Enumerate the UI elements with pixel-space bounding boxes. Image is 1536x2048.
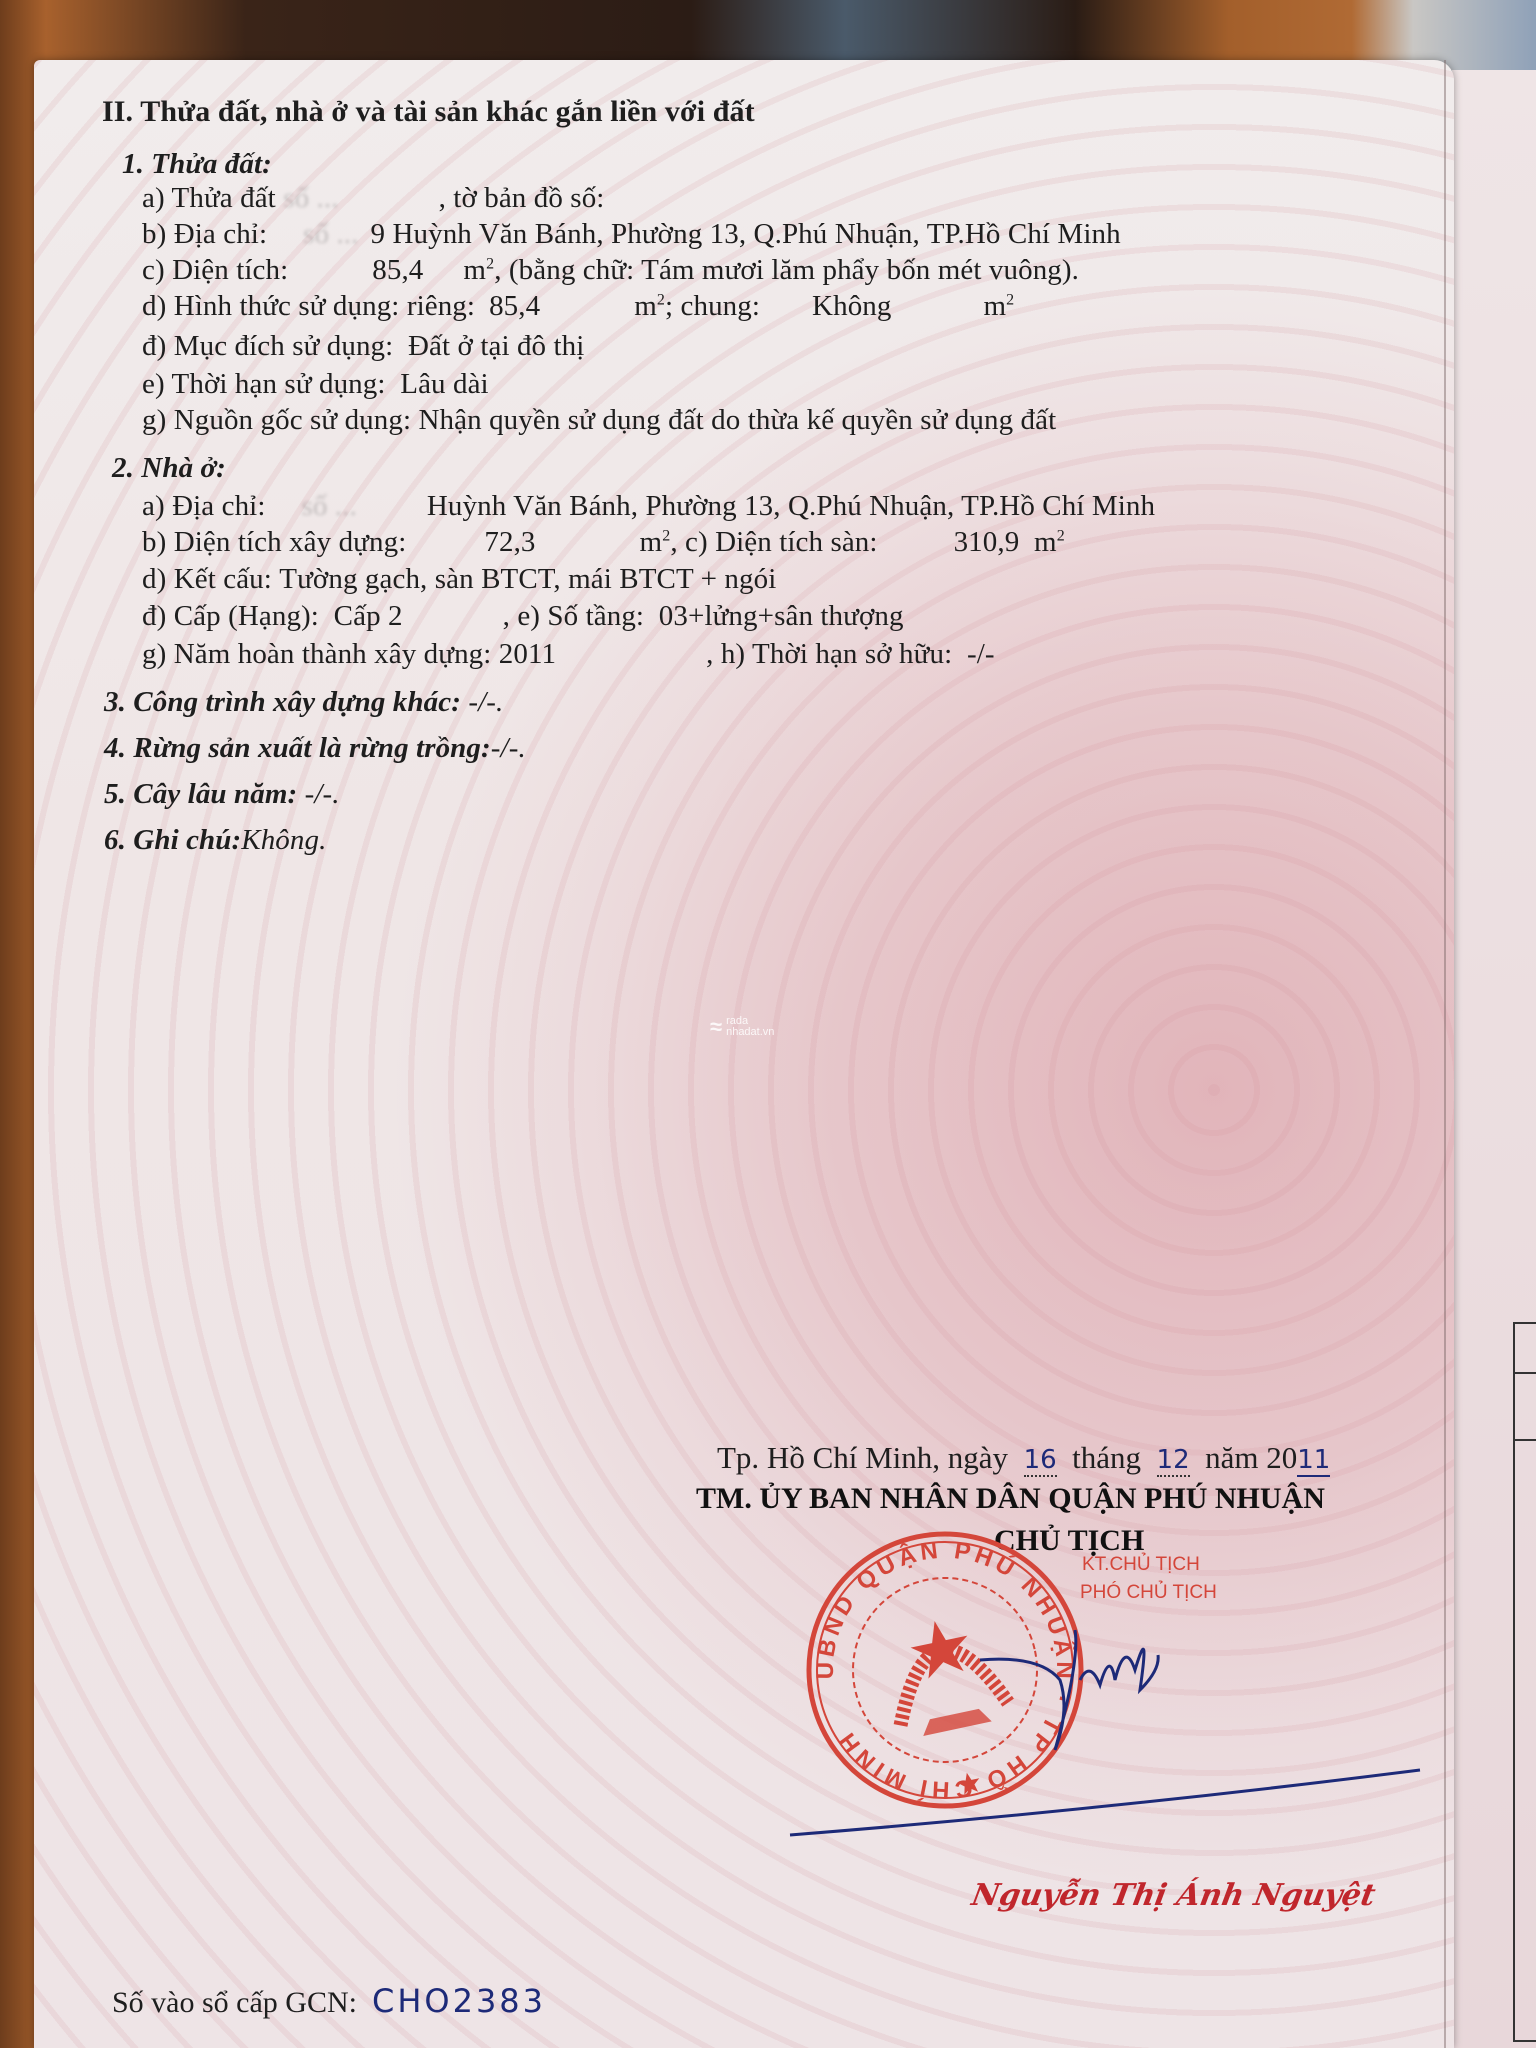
house-year-row: g) Năm hoàn thành xây dựng: 2011, h) Thờ… (142, 638, 995, 671)
signer-name: Nguyễn Thị Ánh Nguyệt (969, 1878, 1378, 1913)
term-label: e) Thời hạn sử dụng: (142, 368, 386, 400)
registry-label: Số vào sổ cấp GCN: (112, 1986, 357, 2019)
floor-area-value: 310,9 (954, 526, 1020, 558)
house-address-value: Huỳnh Văn Bánh, Phường 13, Q.Phú Nhuận, … (427, 490, 1155, 522)
perennial-trees-label: 5. Cây lâu năm: (104, 778, 297, 810)
shared-label: ; chung: (665, 290, 760, 322)
ownership-term-value: -/- (967, 638, 995, 670)
origin-label: g) Nguồn gốc sử dụng: (142, 404, 411, 436)
perennial-trees-value: -/-. (297, 778, 339, 810)
grade-label: đ) Cấp (Hạng): (142, 600, 319, 632)
land-area-label: c) Diện tích: (142, 254, 288, 286)
signing-day: 16 (1024, 1445, 1057, 1477)
purpose-value: Đất ở tại đô thị (408, 330, 584, 362)
signing-place: Tp. Hồ Chí Minh, ngày (717, 1440, 1008, 1475)
signing-date: Tp. Hồ Chí Minh, ngày 16 tháng 12 năm 20… (717, 1440, 1330, 1476)
house-address-label: a) Địa chỉ: (142, 490, 266, 522)
table-frame (1513, 1322, 1536, 2042)
ownership-term-label: , h) Thời hạn sở hữu: (706, 638, 952, 670)
land-area-row: c) Diện tích:85,4m2, (bằng chữ: Tám mươi… (142, 254, 1079, 287)
build-area-label: b) Diện tích xây dựng: (142, 526, 406, 558)
handwritten-signature-icon (960, 1600, 1160, 1760)
term-value: Lâu dài (400, 368, 488, 400)
planted-forest-value: -/-. (491, 732, 526, 764)
land-area-words: , (bằng chữ: Tám mươi lăm phẩy bốn mét v… (494, 254, 1079, 286)
perennial-trees-row: 5. Cây lâu năm: -/-. (104, 778, 340, 811)
section-title: II. Thửa đất, nhà ở và tài sản khác gắn … (102, 95, 755, 129)
house-heading: 2. Nhà ở: (112, 452, 226, 485)
completion-year-label: g) Năm hoàn thành xây dựng: (142, 638, 491, 670)
usage-form-label: d) Hình thức sử dụng: riêng: (142, 290, 475, 322)
land-parcel-redacted: số ... (283, 182, 338, 214)
shared-value: Không (812, 290, 891, 322)
purpose-label: đ) Mục đích sử dụng: (142, 330, 393, 362)
year-label: năm 20 (1205, 1440, 1297, 1475)
land-parcel-label: a) Thửa đất (142, 182, 276, 214)
rada-logo-icon: ≈ (710, 1014, 722, 1040)
house-address-redacted: số ... (302, 490, 357, 522)
signing-month: 12 (1157, 1445, 1190, 1477)
land-address-row: b) Địa chỉ:số ...9 Huỳnh Văn Bánh, Phườn… (142, 218, 1121, 251)
structure-value: Tường gạch, sàn BTCT, mái BTCT + ngói (279, 563, 776, 595)
land-usage-form-row: d) Hình thức sử dụng: riêng:85,4m2; chun… (142, 290, 1014, 323)
issuing-authority: TM. ỦY BAN NHÂN DÂN QUẬN PHÚ NHUẬN (696, 1482, 1325, 1516)
land-origin-row: g) Nguồn gốc sử dụng: Nhận quyền sử dụng… (142, 404, 1056, 437)
floor-area-unit: m (1034, 526, 1057, 558)
planted-forest-row: 4. Rừng sản xuất là rừng trồng:-/-. (104, 732, 526, 765)
floors-value: 03+lửng+sân thượng (659, 600, 904, 632)
other-construction-value: -/-. (461, 686, 503, 718)
structure-label: d) Kết cấu: (142, 563, 272, 595)
notes-value: Không. (241, 824, 326, 856)
land-term-row: e) Thời hạn sử dụng: Lâu dài (142, 368, 489, 401)
watermark-logo: ≈ radanhadat.vn (710, 1014, 774, 1040)
grade-value: Cấp 2 (334, 600, 403, 632)
watermark-line2: nhadat.vn (726, 1026, 774, 1038)
land-parcel-row: a) Thửa đất số ..., tờ bản đồ số: (142, 182, 604, 215)
land-area-unit: m (463, 254, 486, 286)
signing-year-suffix: 11 (1297, 1445, 1330, 1477)
shared-unit: m (984, 290, 1007, 322)
map-sheet-label: , tờ bản đồ số: (439, 182, 605, 214)
build-area-value: 72,3 (484, 526, 535, 558)
land-address-label: b) Địa chỉ: (142, 218, 267, 250)
build-area-unit: m (640, 526, 663, 558)
house-address-row: a) Địa chỉ:số ...Huỳnh Văn Bánh, Phường … (142, 490, 1155, 523)
origin-value: Nhận quyền sử dụng đất do thừa kế quyền … (419, 404, 1057, 436)
floors-label: , e) Số tầng: (503, 600, 644, 632)
floor-area-label: , c) Diện tích sàn: (670, 526, 877, 558)
private-area-value: 85,4 (489, 290, 540, 322)
house-structure-row: d) Kết cấu: Tường gạch, sàn BTCT, mái BT… (142, 563, 776, 596)
stamp-kt-title: KT.CHỦ TỊCH (1082, 1554, 1200, 1576)
month-label: tháng (1072, 1440, 1141, 1475)
house-grade-row: đ) Cấp (Hạng): Cấp 2, e) Số tầng: 03+lửn… (142, 600, 904, 633)
land-address-redacted: số ... (303, 218, 358, 250)
land-area-value: 85,4 (372, 254, 423, 286)
other-construction-row: 3. Công trình xây dựng khác: -/-. (104, 686, 503, 719)
notes-label: 6. Ghi chú: (104, 824, 241, 856)
land-purpose-row: đ) Mục đích sử dụng: Đất ở tại đô thị (142, 330, 584, 363)
planted-forest-label: 4. Rừng sản xuất là rừng trồng: (104, 732, 491, 764)
land-address-value: 9 Huỳnh Văn Bánh, Phường 13, Q.Phú Nhuận… (371, 218, 1121, 250)
completion-year-value: 2011 (499, 638, 556, 670)
notes-row: 6. Ghi chú:Không. (104, 824, 326, 857)
signature-underline (785, 1760, 1425, 1840)
private-area-unit: m (634, 290, 657, 322)
land-heading: 1. Thửa đất: (122, 148, 272, 181)
registry-number-row: Số vào sổ cấp GCN: CHO2383 (112, 1982, 546, 2020)
registry-number: CHO2383 (372, 1982, 546, 2020)
house-area-row: b) Diện tích xây dựng:72,3m2, c) Diện tí… (142, 526, 1065, 559)
other-construction-label: 3. Công trình xây dựng khác: (104, 686, 461, 718)
